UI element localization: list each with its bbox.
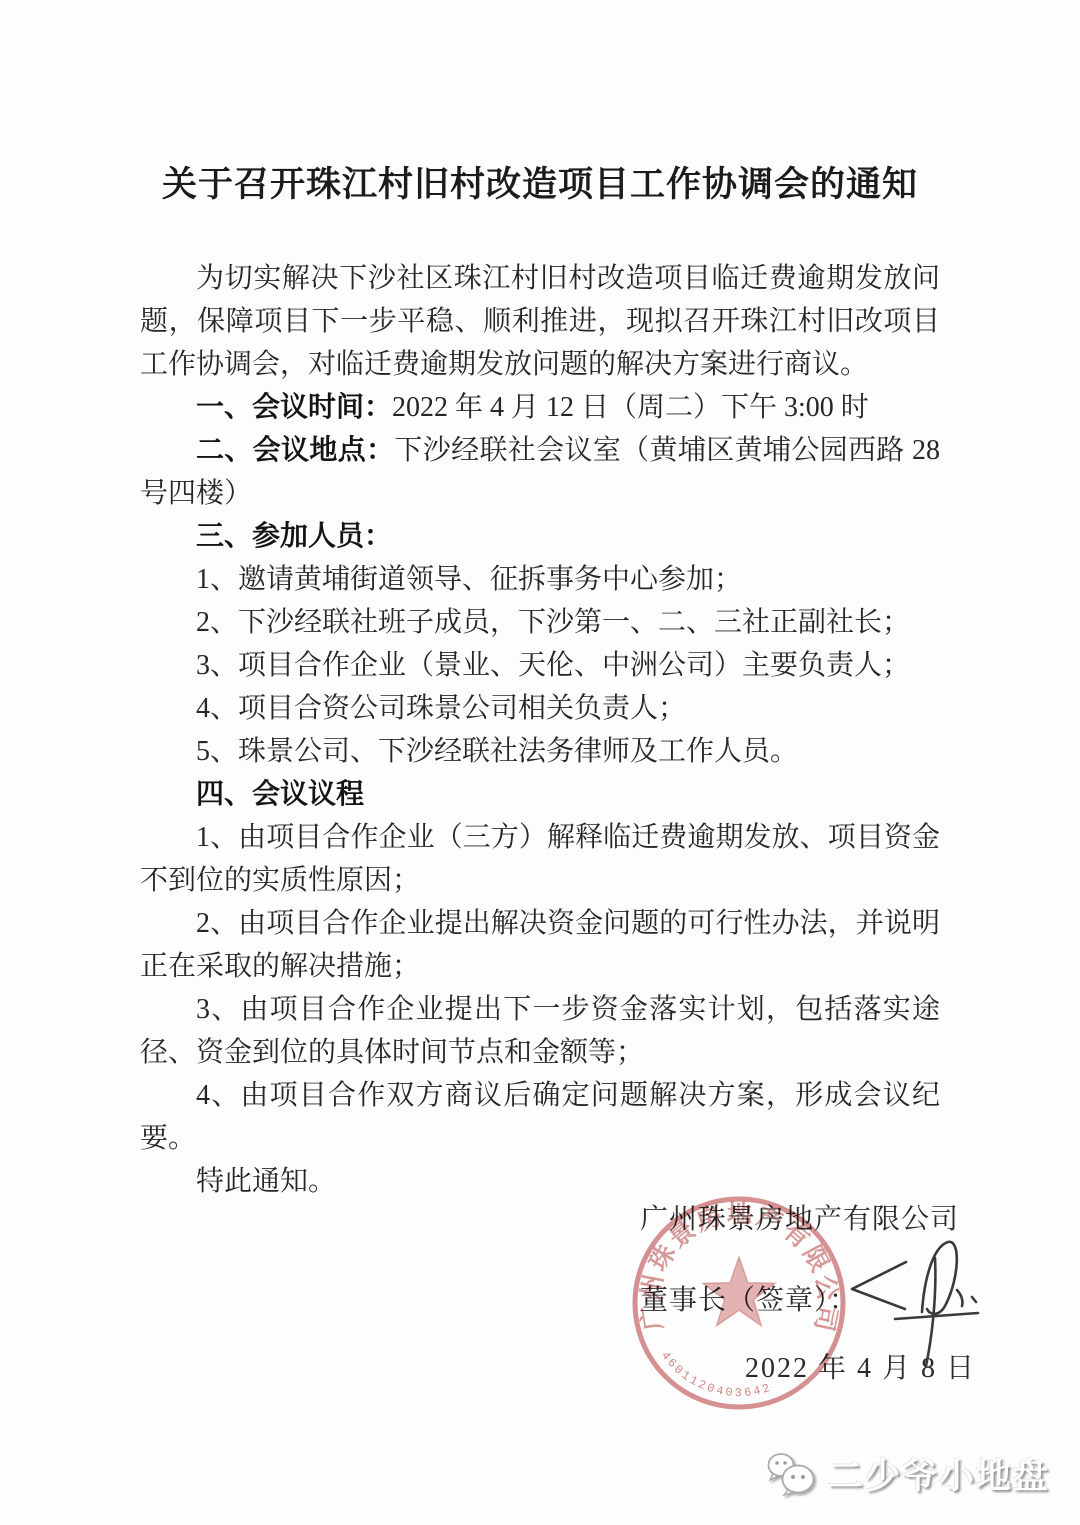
doc-title: 关于召开珠江村旧村改造项目工作协调会的通知 <box>0 163 1080 207</box>
doc-body: 为切实解决下沙社区珠江村旧村改造项目临迁费逾期发放问题，保障项目下一步平稳、顺利… <box>140 257 940 1203</box>
paragraph-text: 2、由项目合作企业提出解决资金问题的可行性办法，并说明正在采取的解决措施； <box>140 908 940 982</box>
body-paragraph: 1、由项目合作企业（三方）解释临迁费逾期发放、项目资金不到位的实质性原因； <box>140 816 940 902</box>
body-paragraph: 3、项目合作企业（景业、天伦、中洲公司）主要负责人； <box>140 644 940 687</box>
paragraph-text: 4、项目合资公司珠景公司相关负责人； <box>196 693 686 724</box>
body-paragraph: 4、项目合资公司珠景公司相关负责人； <box>140 687 940 730</box>
body-paragraph: 四、会议议程 <box>140 773 940 816</box>
body-paragraph: 5、珠景公司、下沙经联社法务律师及工作人员。 <box>140 730 940 773</box>
body-paragraph: 1、邀请黄埔街道领导、征拆事务中心参加； <box>140 558 940 601</box>
body-paragraph: 三、参加人员： <box>140 515 940 558</box>
paragraph-text: 5、珠景公司、下沙经联社法务律师及工作人员。 <box>196 736 798 767</box>
watermark: 二少爷小地盘 <box>766 1449 1050 1499</box>
body-paragraph: 2、下沙经联社班子成员，下沙第一、二、三社正副社长； <box>140 601 940 644</box>
paragraph-text: 3、由项目合作企业提出下一步资金落实计划，包括落实途径、资金到位的具体时间节点和… <box>140 994 940 1068</box>
paragraph-text: 1、邀请黄埔街道领导、征拆事务中心参加； <box>196 564 742 595</box>
seal-star-icon <box>703 1257 775 1326</box>
paragraph-text: 特此通知。 <box>196 1166 336 1197</box>
company-seal-stamp: 广州珠景房地产有限公司 4601120403642 <box>625 1193 853 1415</box>
paragraph-text: 1、由项目合作企业（三方）解释临迁费逾期发放、项目资金不到位的实质性原因； <box>140 822 940 896</box>
section-label: 三、参加人员： <box>196 521 392 552</box>
body-paragraph: 为切实解决下沙社区珠江村旧村改造项目临迁费逾期发放问题，保障项目下一步平稳、顺利… <box>140 257 940 386</box>
section-label: 一、会议时间： <box>196 392 392 423</box>
paragraph-text: 2、下沙经联社班子成员，下沙第一、二、三社正副社长； <box>196 607 910 638</box>
wechat-bubbles-icon <box>766 1452 818 1496</box>
document-page: 关于召开珠江村旧村改造项目工作协调会的通知 为切实解决下沙社区珠江村旧村改造项目… <box>0 0 1080 1525</box>
watermark-text: 二少爷小地盘 <box>828 1449 1050 1499</box>
body-paragraph: 4、由项目合作双方商议后确定问题解决方案，形成会议纪要。 <box>140 1074 940 1160</box>
seal-serial-number: 4601120403642 <box>658 1349 774 1400</box>
paragraph-text: 2022 年 4 月 12 日（周二）下午 3:00 时 <box>392 392 869 423</box>
handwritten-signature <box>840 1230 990 1370</box>
paragraph-text: 4、由项目合作双方商议后确定问题解决方案，形成会议纪要。 <box>140 1080 940 1154</box>
body-paragraph: 二、会议地点：下沙经联社会议室（黄埔区黄埔公园西路 28 号四楼） <box>140 429 940 515</box>
svg-text:4601120403642: 4601120403642 <box>658 1349 774 1400</box>
body-paragraph: 3、由项目合作企业提出下一步资金落实计划，包括落实途径、资金到位的具体时间节点和… <box>140 988 940 1074</box>
paragraph-text: 3、项目合作企业（景业、天伦、中洲公司）主要负责人； <box>196 650 910 681</box>
section-label: 四、会议议程 <box>196 779 364 810</box>
section-label: 二、会议地点： <box>196 435 394 466</box>
paragraph-text: 为切实解决下沙社区珠江村旧村改造项目临迁费逾期发放问题，保障项目下一步平稳、顺利… <box>140 263 940 380</box>
body-paragraph: 一、会议时间：2022 年 4 月 12 日（周二）下午 3:00 时 <box>140 386 940 429</box>
body-paragraph: 2、由项目合作企业提出解决资金问题的可行性办法，并说明正在采取的解决措施； <box>140 902 940 988</box>
